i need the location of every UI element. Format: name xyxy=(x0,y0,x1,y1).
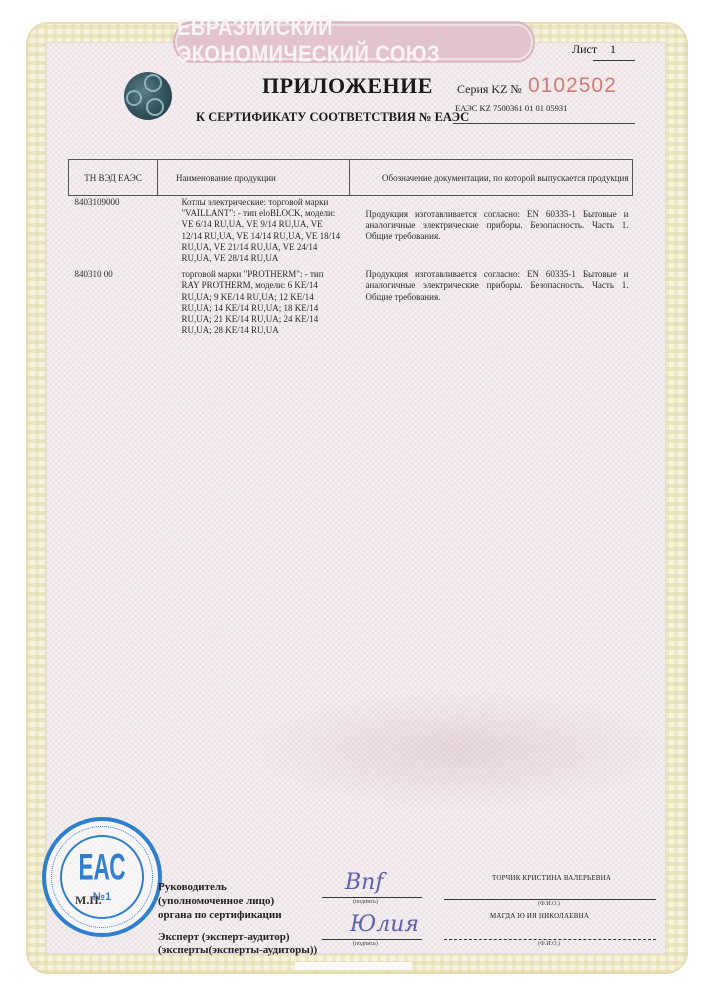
expert-full-name: МАГДА Ю ИЯ НИКОЛАЕВНА xyxy=(490,912,589,920)
head-full-name: ТОРЧИК КРИСТИНА ВАЛЕРЬЕВНА xyxy=(492,874,611,882)
sheet-label: Лист xyxy=(572,42,597,57)
row-document: Продукция изготавливается согласно: EN 6… xyxy=(350,268,633,336)
head-label-line2: (уполномоченное лицо) xyxy=(158,894,274,908)
expert-fio-line xyxy=(444,939,656,940)
table-header-row: ТН ВЭД ЕАЭС Наименование продукции Обозн… xyxy=(69,160,633,196)
row-document: Продукция изготавливается согласно: EN 6… xyxy=(350,196,633,265)
stamp-mp-label: М.П. xyxy=(75,893,102,908)
row-name: торговой марки "PROTHERM": - тип RAY PRO… xyxy=(158,268,350,336)
stamp-number: №1 xyxy=(46,891,158,903)
head-fio-line xyxy=(444,899,656,900)
table-row: 840310 00 торговой марки "PROTHERM": - т… xyxy=(69,268,633,336)
series-number: 0102502 xyxy=(528,74,617,98)
sheet-underline xyxy=(593,60,635,61)
head-fio-caption: (Ф.И.О.) xyxy=(538,901,560,907)
series-label: Серия KZ № xyxy=(457,82,522,97)
row-code: 8403109000 xyxy=(69,196,158,265)
eac-stamp: ЕАС №1 xyxy=(42,817,162,937)
certificate-subtitle: К СЕРТИФИКАТУ СООТВЕТСТВИЯ № ЕАЭС xyxy=(196,110,469,125)
watermark xyxy=(250,690,670,810)
row-name: Котлы электрические: торговой марки "VAI… xyxy=(158,196,350,265)
document-title: ПРИЛОЖЕНИЕ xyxy=(262,73,433,99)
row-code: 840310 00 xyxy=(69,268,158,336)
hologram-emblem-icon xyxy=(124,72,172,120)
head-label-line3: органа по сертификации xyxy=(158,908,282,922)
products-table: ТН ВЭД ЕАЭС Наименование продукции Обозн… xyxy=(68,159,633,336)
expert-label-line2: (эксперты(эксперты-аудиторы)) xyxy=(158,943,317,957)
column-header-name: Наименование продукции xyxy=(158,160,350,196)
expert-signature-line xyxy=(322,939,422,940)
eac-logo-icon: ЕАС xyxy=(60,847,144,890)
head-signature: Bnf xyxy=(345,870,383,895)
expert-fio-caption: (Ф.И.О.) xyxy=(538,941,560,947)
head-signature-caption: (подпись) xyxy=(353,899,378,905)
print-footer-strip xyxy=(295,962,412,970)
sheet-number: 1 xyxy=(610,42,616,57)
head-label-line1: Руководитель xyxy=(158,880,227,894)
expert-signature: Юлия xyxy=(350,912,419,937)
table-row: 8403109000 Котлы электрические: торговой… xyxy=(69,196,633,265)
column-header-code: ТН ВЭД ЕАЭС xyxy=(69,160,158,196)
certificate-underline xyxy=(453,123,635,124)
column-header-document: Обозначение документации, по которой вып… xyxy=(350,160,633,196)
expert-signature-caption: (подпись) xyxy=(353,941,378,947)
union-banner: ЕВРАЗИЙСКИЙ ЭКОНОМИЧЕСКИЙ СОЮЗ xyxy=(175,24,533,61)
head-signature-line xyxy=(322,897,422,898)
certificate-number: ЕАЭС KZ 7500361 01 01 05931 xyxy=(455,103,567,113)
expert-label-line1: Эксперт (эксперт-аудитор) xyxy=(158,930,290,944)
